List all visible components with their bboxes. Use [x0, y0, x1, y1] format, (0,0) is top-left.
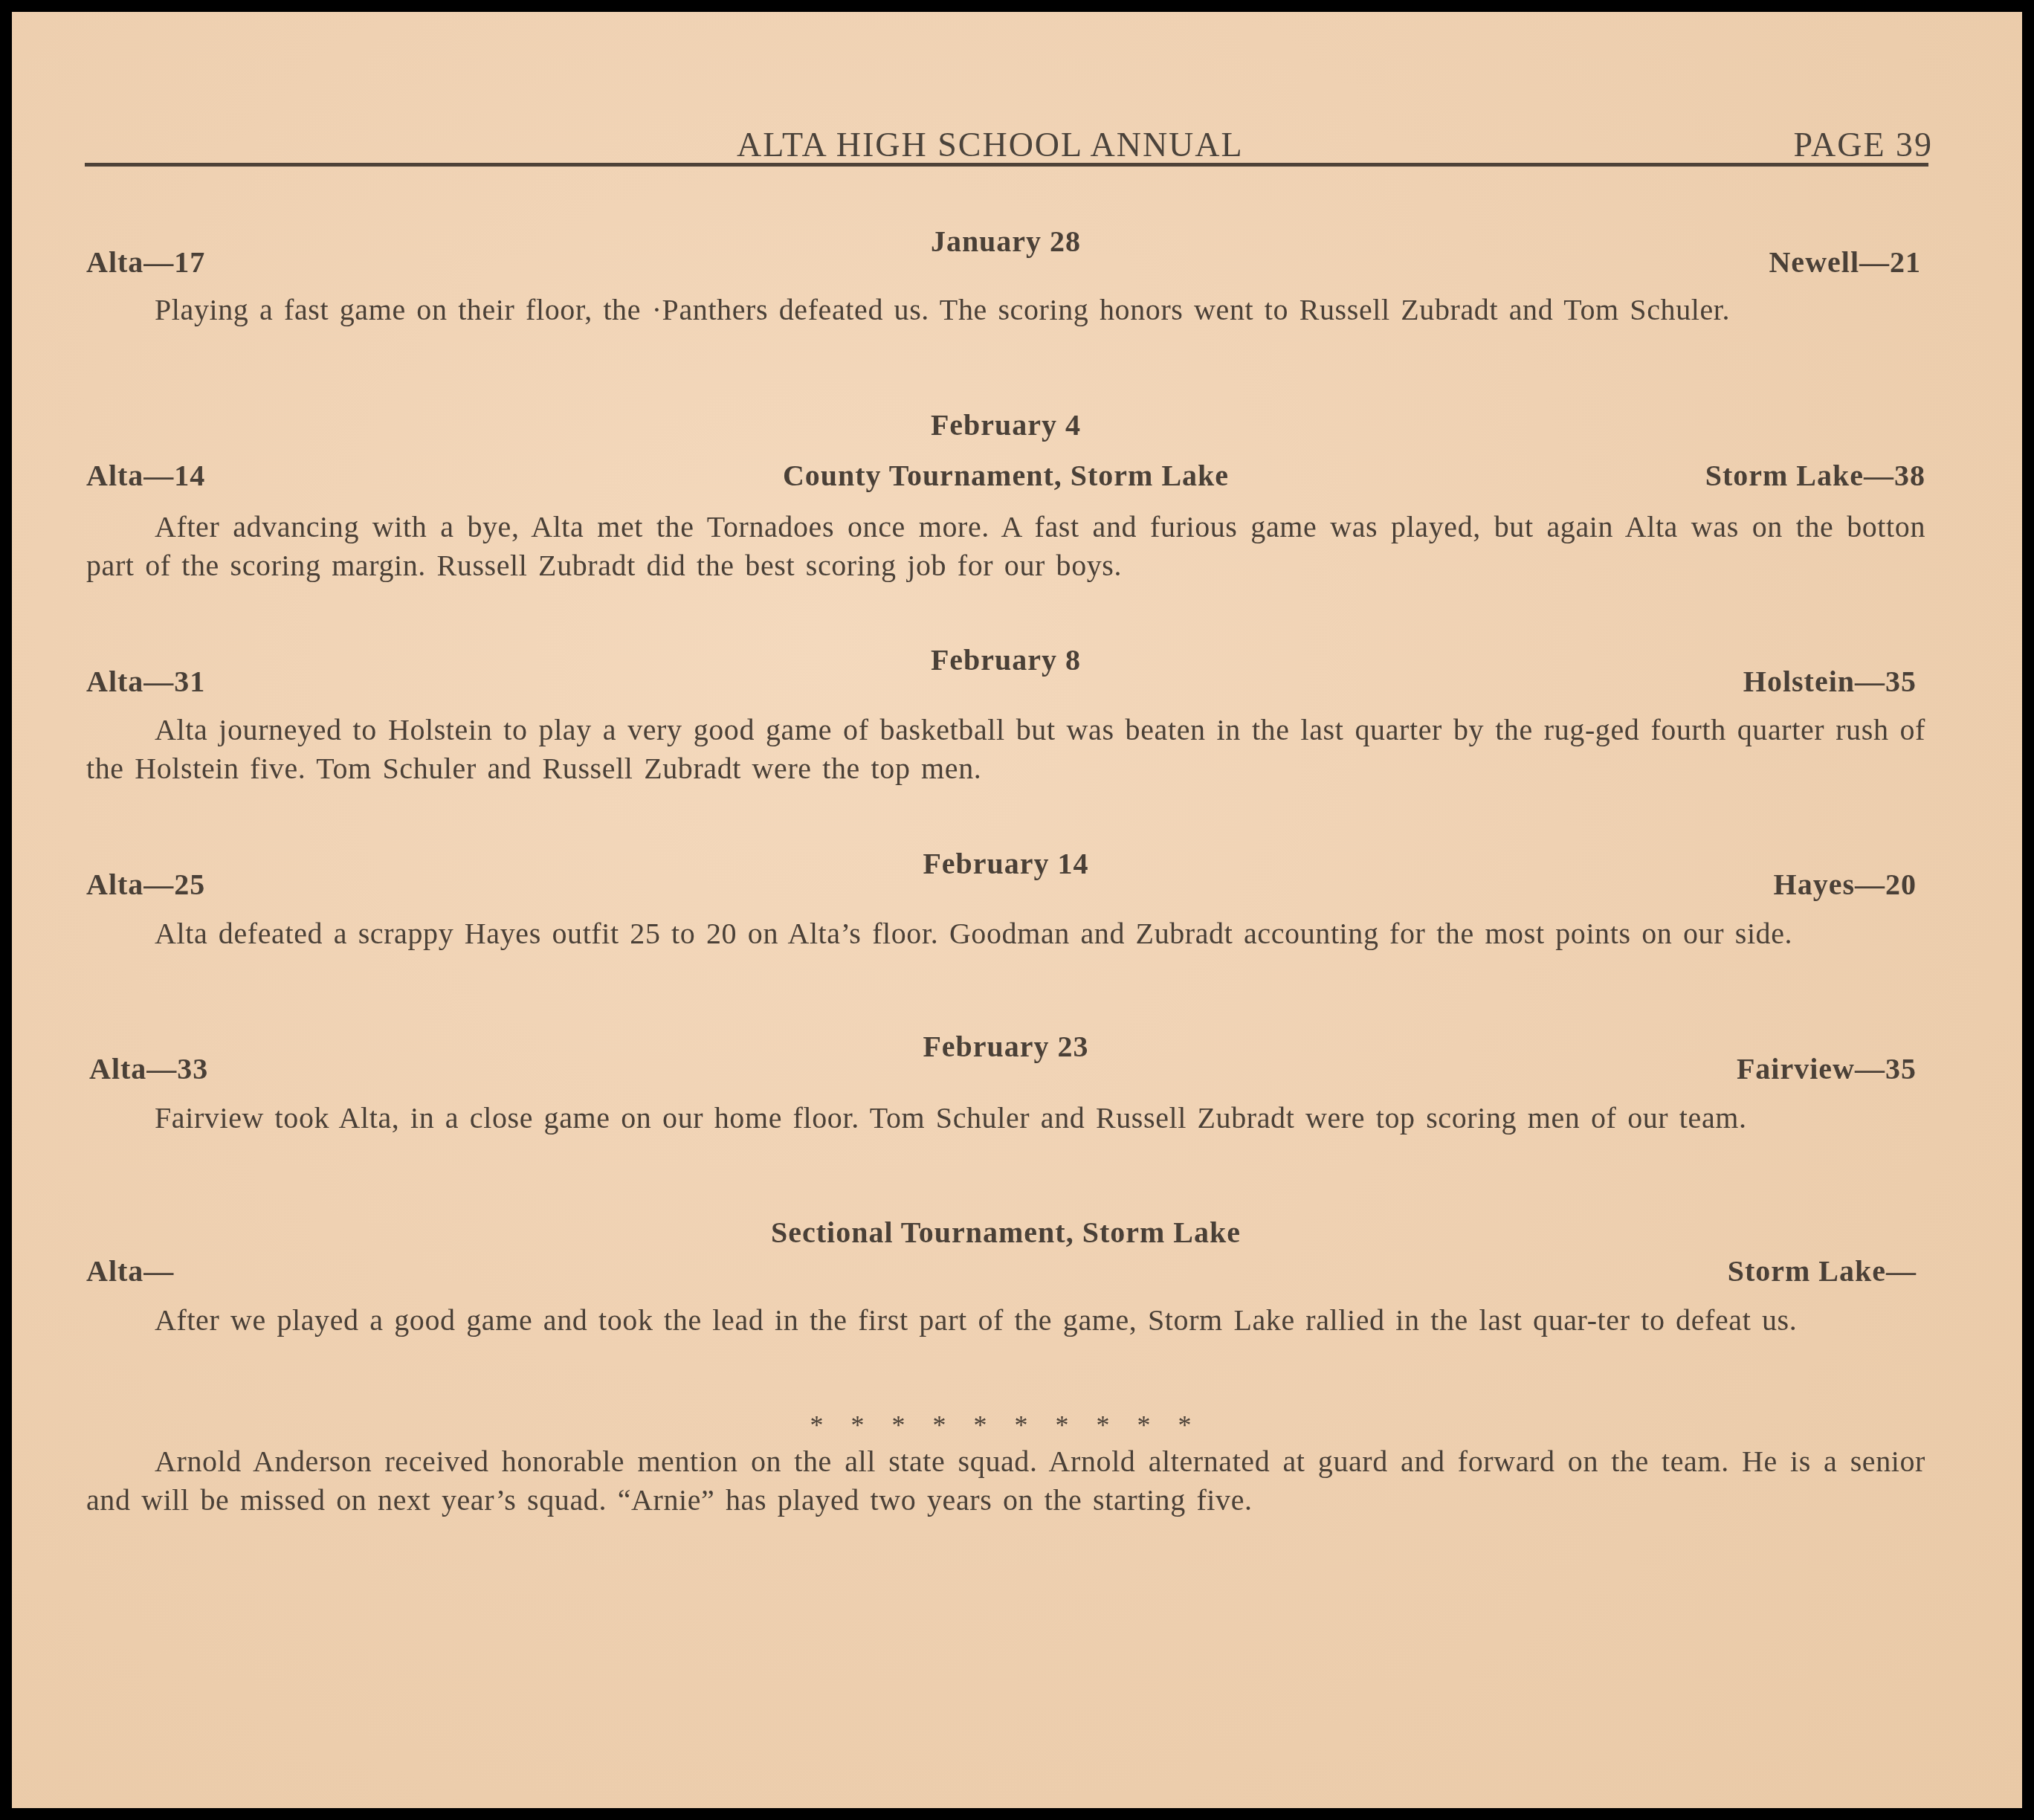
alta-score: Alta—31 — [86, 664, 205, 699]
opponent-score: Storm Lake—38 — [1705, 458, 1925, 493]
alta-score: Alta—17 — [86, 245, 205, 280]
honorable-mention-paragraph: Arnold Anderson received honorable menti… — [86, 1442, 1925, 1520]
game-summary: Alta journeyed to Holstein to play a ver… — [86, 711, 1925, 788]
page-number: PAGE 39 — [1794, 125, 1933, 164]
game-summary: Alta defeated a scrappy Hayes outfit 25 … — [86, 914, 1925, 953]
game-date: January 28 — [86, 224, 1925, 259]
opponent-score: Holstein—35 — [1743, 664, 1917, 699]
game-summary: After we played a good game and took the… — [86, 1301, 1925, 1340]
section-separator: * * * * * * * * * * — [86, 1410, 1925, 1441]
opponent-score: Hayes—20 — [1774, 867, 1917, 902]
game-date: February 23 — [86, 1029, 1925, 1064]
game-date: February 4 — [86, 407, 1925, 442]
opponent-score: Fairview—35 — [1737, 1051, 1917, 1086]
opponent-score: Newell—21 — [1769, 245, 1921, 280]
game-summary: After advancing with a bye, Alta met the… — [86, 508, 1925, 585]
game-summary: Playing a fast game on their floor, the … — [86, 291, 1925, 329]
header-rule — [85, 163, 1928, 167]
game-location: County Tournament, Storm Lake — [86, 458, 1925, 493]
opponent-score: Storm Lake— — [1728, 1253, 1917, 1288]
page: ALTA HIGH SCHOOL ANNUAL PAGE 39 January … — [12, 12, 2022, 1808]
game-date: February 8 — [86, 642, 1925, 677]
publication-title: ALTA HIGH SCHOOL ANNUAL — [737, 125, 1244, 164]
alta-score: Alta—25 — [86, 867, 205, 902]
game-summary: Fairview took Alta, in a close game on o… — [86, 1099, 1925, 1137]
alta-score: Alta— — [86, 1253, 174, 1288]
alta-score: Alta—33 — [89, 1051, 208, 1086]
game-date: February 14 — [86, 846, 1925, 881]
game-date: Sectional Tournament, Storm Lake — [86, 1215, 1925, 1250]
